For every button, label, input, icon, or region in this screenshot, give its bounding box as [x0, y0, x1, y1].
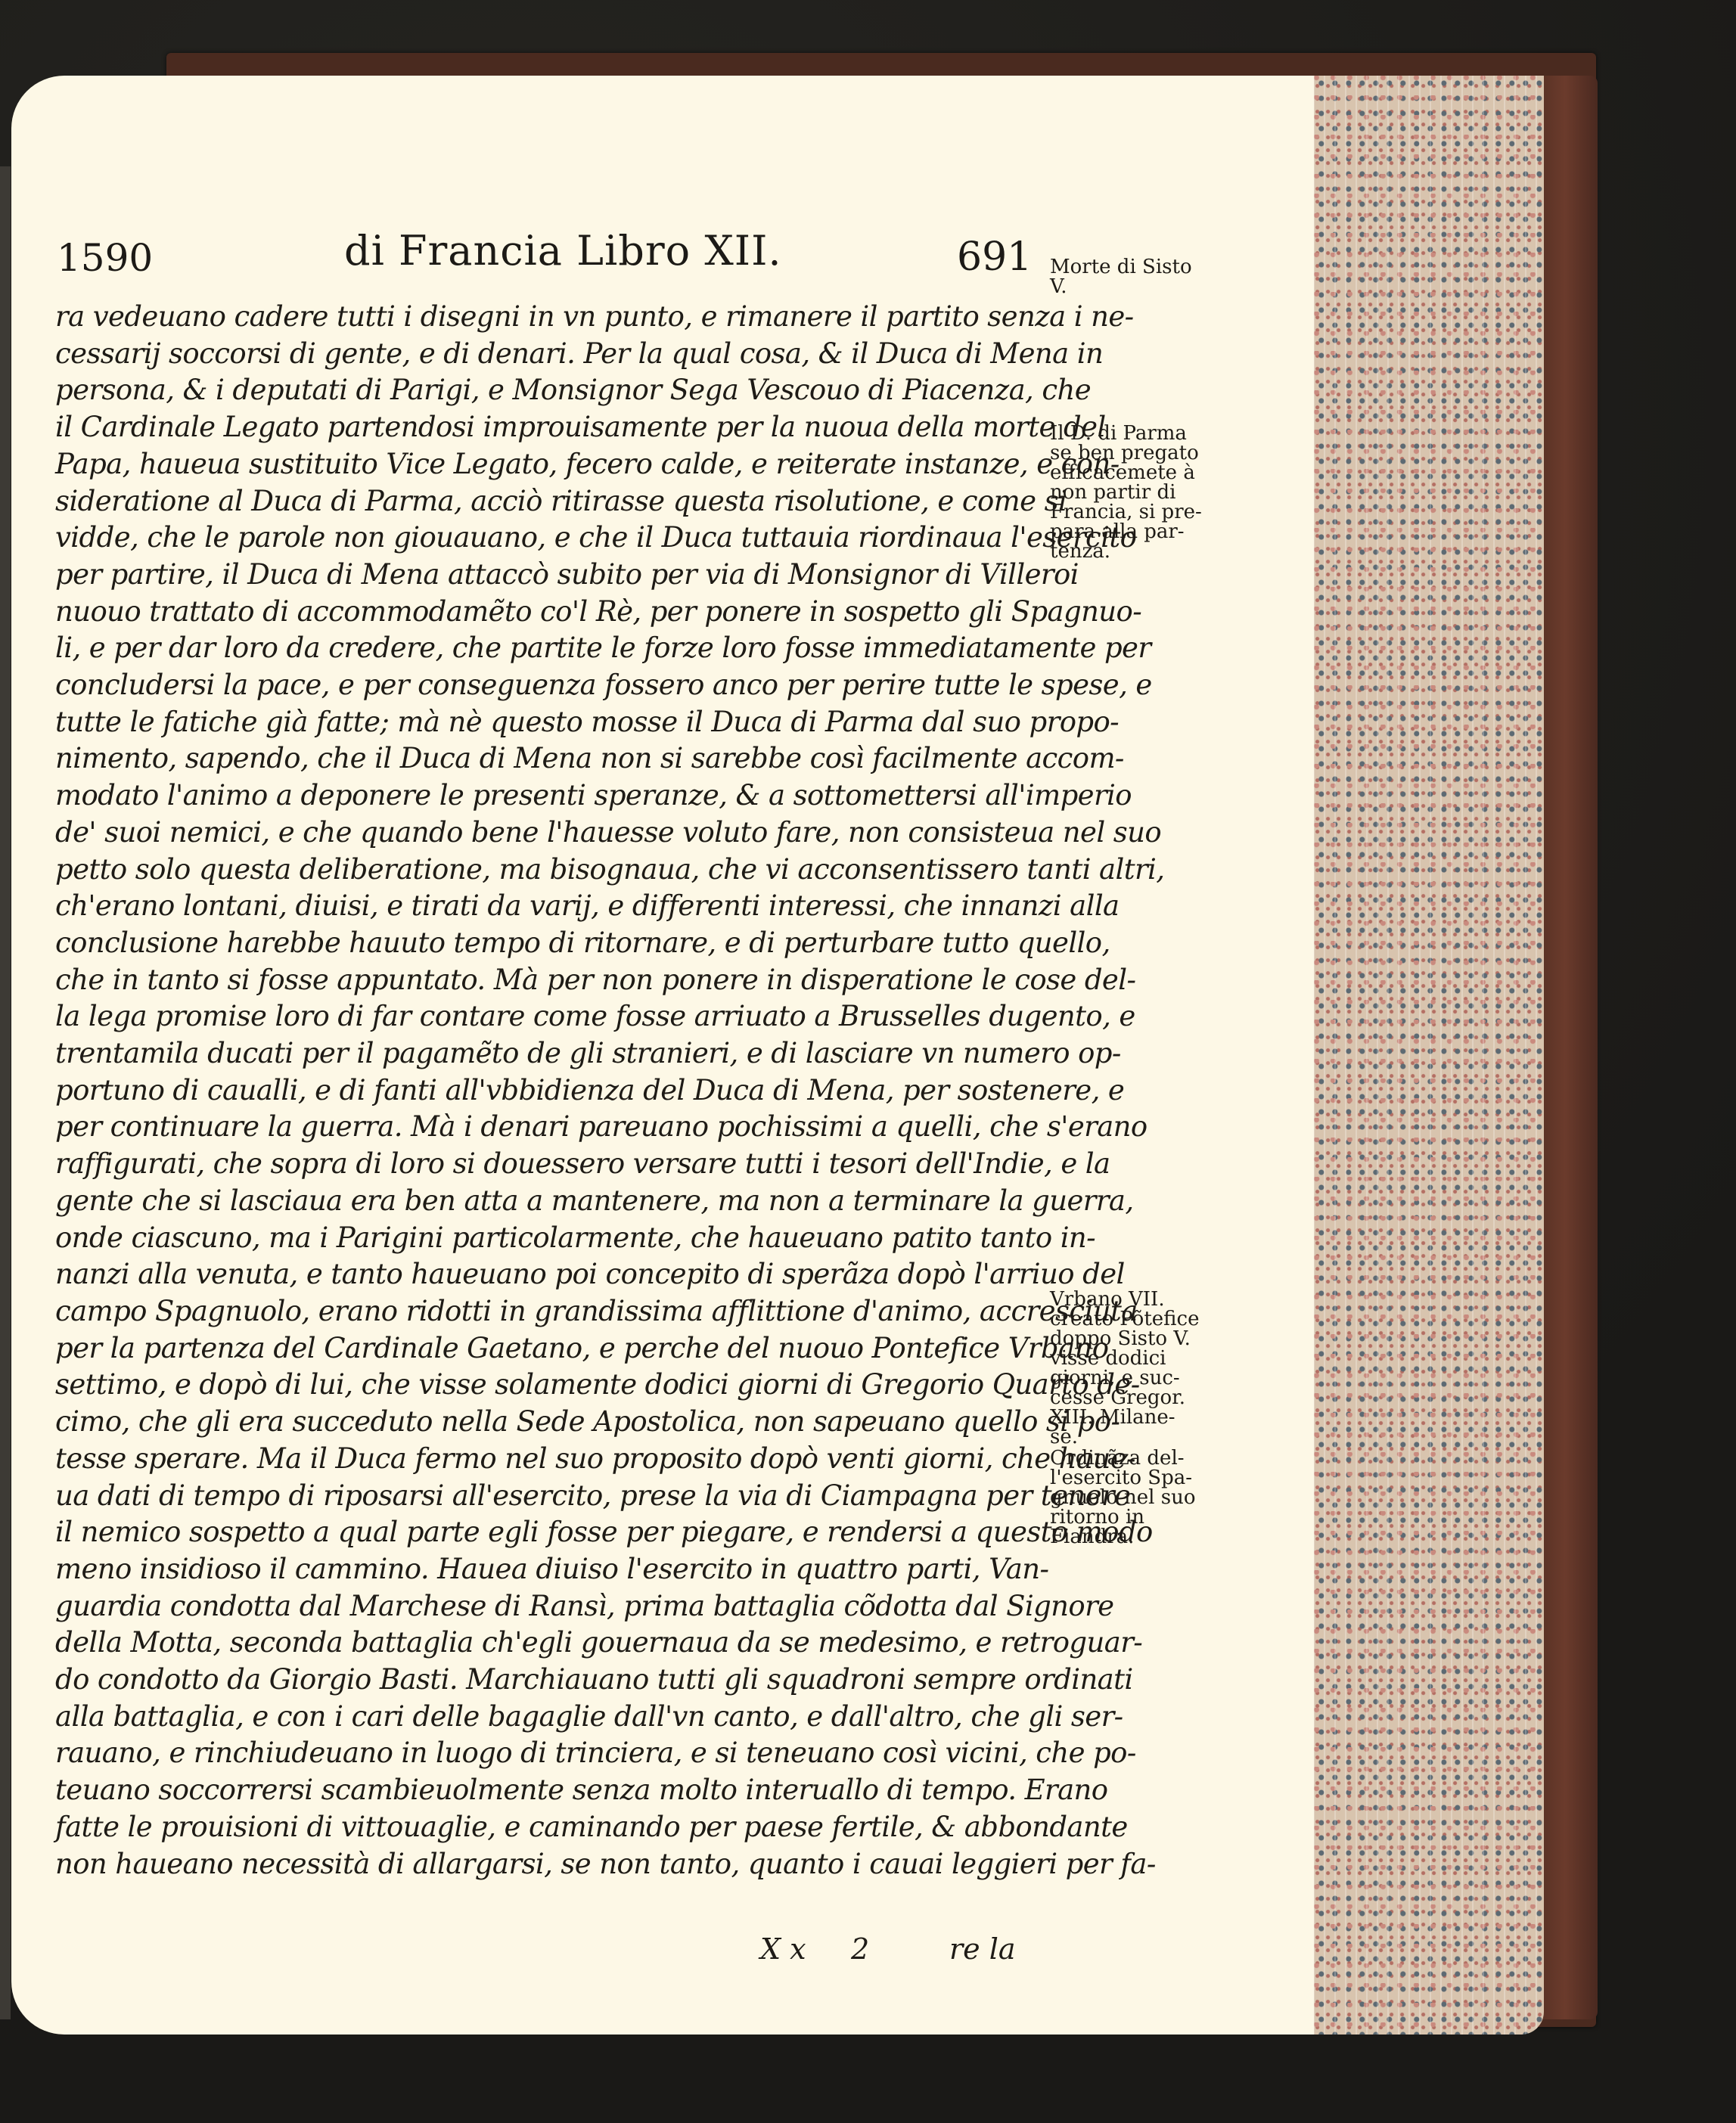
text-line: gente che si lasciaua era ben atta a man…	[55, 1183, 1046, 1220]
margin-note-line: V.	[1050, 277, 1231, 296]
margin-note-line: se ben pregato	[1050, 443, 1231, 463]
margin-note-line: gnuolo nel suo	[1050, 1488, 1231, 1507]
margin-note-line: cesse Gregor.	[1050, 1388, 1231, 1408]
text-line: raffigurati, che sopra di loro si douess…	[55, 1146, 1046, 1183]
margin-note-line: Il D. di Parma	[1050, 424, 1231, 443]
facing-page-edge	[0, 166, 11, 2019]
margin-note-line: Fiandra.	[1050, 1527, 1231, 1547]
margin-note-morte-sisto: Morte di SistoV.	[1050, 257, 1231, 296]
text-line: meno insidioso il cammino. Hauea diuiso …	[55, 1551, 1046, 1588]
text-line: cessarij soccorsi di gente, e di denari.…	[55, 336, 1046, 373]
margin-note-line: para alla par-	[1050, 522, 1231, 542]
text-line: nimento, sapendo, che il Duca di Mena no…	[55, 740, 1046, 778]
text-line: guardia condotta dal Marchese di Ransì, …	[55, 1588, 1046, 1625]
text-line: la lega promise loro di far contare come…	[55, 998, 1046, 1035]
text-line: onde ciascuno, ma i Parigini particolarm…	[55, 1220, 1046, 1257]
text-line: settimo, e dopò di lui, che visse solame…	[55, 1367, 1046, 1404]
text-line: trentamila ducati per il pagamẽto de gli…	[55, 1035, 1046, 1072]
signature-mark: X x	[760, 1932, 806, 1966]
margin-note-line: Ordinãza del-	[1050, 1448, 1231, 1468]
text-line: petto solo questa deliberatione, ma biso…	[55, 852, 1046, 889]
text-line: teuano soccorrersi scambieuolmente senza…	[55, 1772, 1046, 1809]
text-line: per continuare la guerra. Mà i denari pa…	[55, 1109, 1046, 1146]
margin-note-line: Morte di Sisto	[1050, 257, 1231, 277]
text-line: fatte le prouisioni di vittouaglie, e ca…	[55, 1809, 1046, 1846]
catchword: re la	[949, 1932, 1016, 1966]
margin-note-line: XIII. Milane-	[1050, 1408, 1231, 1427]
text-line: tutte le fatiche già fatte; mà nè questo…	[55, 704, 1046, 741]
text-line: ua dati di tempo di riposarsi all'eserci…	[55, 1478, 1046, 1515]
margin-note-ordinanza: Ordinãza del-l'esercito Spa-gnuolo nel s…	[1050, 1448, 1231, 1547]
margin-note-line: efficacemete à	[1050, 463, 1231, 483]
text-line: alla battaglia, e con i cari delle bagag…	[55, 1699, 1046, 1736]
margin-note-line: Francia, si pre-	[1050, 502, 1231, 522]
margin-note-urbano-vii: Vrbano VII.creato Põteficedoppo Sisto V.…	[1050, 1290, 1231, 1447]
body-text: ra vedeuano cadere tutti i disegni in vn…	[55, 299, 1046, 1882]
text-line: cimo, che gli era succeduto nella Sede A…	[55, 1404, 1046, 1441]
margin-note-line: tenza.	[1050, 542, 1231, 561]
text-line: nuouo trattato di accommodamẽto co'l Rè,…	[55, 594, 1046, 631]
text-line: concludersi la pace, e per conseguenza f…	[55, 667, 1046, 704]
text-line: Papa, haueua sustituito Vice Legato, fec…	[55, 446, 1046, 483]
margin-note-line: giorni, e suc-	[1050, 1368, 1231, 1388]
text-line: campo Spagnuolo, erano ridotti in grandi…	[55, 1293, 1046, 1330]
text-line: sideratione al Duca di Parma, acciò riti…	[55, 483, 1046, 520]
text-line: rauano, e rinchiudeuano in luogo di trin…	[55, 1735, 1046, 1772]
margin-note-duca-parma: Il D. di Parmase ben pregatoefficacemete…	[1050, 424, 1231, 561]
margin-note-line: doppo Sisto V.	[1050, 1329, 1231, 1349]
text-line: li, e per dar loro da credere, che parti…	[55, 630, 1046, 667]
text-line: ch'erano lontani, diuisi, e tirati da va…	[55, 888, 1046, 925]
margin-note-line: non partir di	[1050, 483, 1231, 502]
page-footer: X x 2 re la	[11, 1932, 1314, 1970]
book-page: 1590 di Francia Libro XII. 691 ra vedeua…	[11, 76, 1314, 2035]
text-line: per la partenza del Cardinale Gaetano, e…	[55, 1330, 1046, 1367]
text-line: il nemico sospetto a qual parte egli fos…	[55, 1514, 1046, 1551]
margin-note-line: visse dodici	[1050, 1349, 1231, 1368]
text-line: de' suoi nemici, e che quando bene l'hau…	[55, 815, 1046, 852]
text-line: nanzi alla venuta, e tanto haueuano poi …	[55, 1256, 1046, 1293]
signature-number: 2	[851, 1932, 869, 1966]
page-number: 691	[957, 234, 1032, 280]
text-line: do condotto da Giorgio Basti. Marchiauan…	[55, 1662, 1046, 1699]
text-line: conclusione harebbe hauuto tempo di rito…	[55, 925, 1046, 962]
text-line: che in tanto si fosse appuntato. Mà per …	[55, 962, 1046, 999]
text-line: della Motta, seconda battaglia ch'egli g…	[55, 1625, 1046, 1662]
margin-note-line: Vrbano VII.	[1050, 1290, 1231, 1309]
running-head-title: di Francia Libro XII.	[344, 227, 782, 275]
margin-note-line: l'esercito Spa-	[1050, 1468, 1231, 1488]
text-line: per partire, il Duca di Mena attaccò sub…	[55, 557, 1046, 594]
page-fore-edge	[1313, 76, 1544, 2035]
text-line: vidde, che le parole non giouauano, e ch…	[55, 520, 1046, 557]
running-head-year: 1590	[57, 236, 153, 280]
text-line: ra vedeuano cadere tutti i disegni in vn…	[55, 299, 1046, 336]
text-line: portuno di caualli, e di fanti all'vbbid…	[55, 1072, 1046, 1110]
margin-note-line: se.	[1050, 1427, 1231, 1447]
text-line: non haueano necessità di allargarsi, se …	[55, 1846, 1046, 1883]
text-line: modato l'animo a deponere le presenti sp…	[55, 778, 1046, 815]
text-line: il Cardinale Legato partendosi improuisa…	[55, 409, 1046, 446]
margin-note-line: creato Põtefice	[1050, 1309, 1231, 1329]
text-line: persona, & i deputati di Parigi, e Monsi…	[55, 372, 1046, 409]
margin-note-line: ritorno in	[1050, 1507, 1231, 1527]
text-line: tesse sperare. Ma il Duca fermo nel suo …	[55, 1441, 1046, 1478]
book-cover-edge	[1543, 76, 1598, 2019]
